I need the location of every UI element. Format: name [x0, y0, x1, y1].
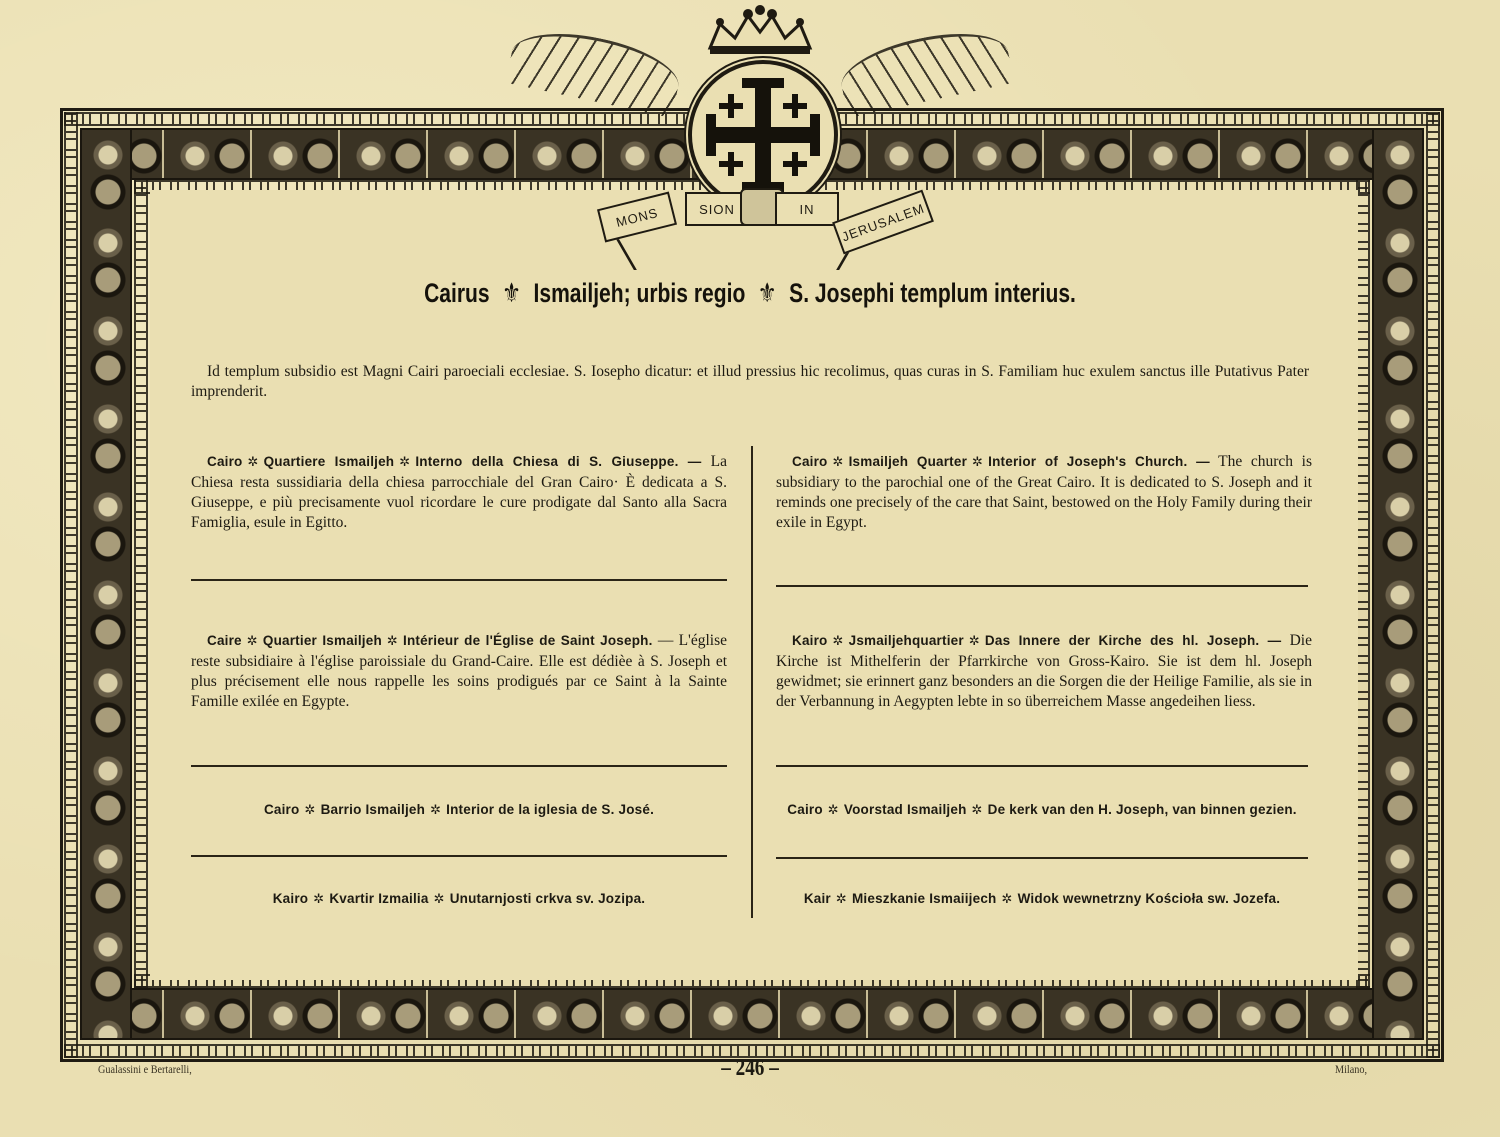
star-ornament-icon: ✲ — [248, 455, 259, 470]
vine-border-bottom — [80, 988, 1424, 1040]
caption-heading: Cairo✲Voorstad Ismailjeh✲De kerk van den… — [787, 802, 1296, 817]
caption-italian: Cairo✲Quartiere Ismailjeh✲Interno della … — [191, 452, 727, 533]
rule-line — [191, 855, 727, 857]
star-ornament-icon: ✲ — [247, 634, 258, 649]
rule-line — [191, 765, 727, 767]
star-ornament-icon: ✲ — [313, 892, 324, 907]
caption-heading: Kairo✲Kvartir Izmailia✲Unutarnjosti crkv… — [273, 891, 646, 906]
greek-key-border-right — [1426, 112, 1440, 1058]
column-divider — [751, 446, 753, 918]
inner-greek-key-right — [1356, 180, 1370, 988]
caption-spanish: Cairo✲Barrio Ismailjeh✲Interior de la ig… — [191, 800, 727, 821]
title-part: S. Josephi templum interius. — [789, 278, 1076, 308]
fleur-ornament-icon: ⚜ — [502, 278, 521, 309]
caption-dutch: Cairo✲Voorstad Ismailjeh✲De kerk van den… — [772, 800, 1312, 821]
star-ornament-icon: ✲ — [430, 803, 441, 818]
caption-polish: Kair✲Mieszkanie Ismaiijech✲Widok wewnetr… — [772, 889, 1312, 910]
rule-line — [776, 857, 1308, 859]
greek-key-border-left — [64, 112, 78, 1058]
caption-heading: Cairo✲Ismailjeh Quarter✲Interior of Jose… — [792, 454, 1210, 469]
caption-heading: Kairo✲Jsmailjehquartier✲Das Innere der K… — [792, 633, 1281, 648]
star-ornament-icon: ✲ — [972, 803, 983, 818]
rule-line — [776, 585, 1308, 587]
title-part: Ismailjeh; urbis regio — [534, 278, 746, 308]
palm-branch-left-icon — [505, 21, 684, 118]
page-number: – 246 – — [678, 1055, 822, 1082]
star-ornament-icon: ✲ — [833, 455, 844, 470]
vine-border-left — [80, 128, 132, 1040]
caption-german: Kairo✲Jsmailjehquartier✲Das Innere der K… — [776, 631, 1312, 712]
caption-heading: Cairo✲Quartiere Ismailjeh✲Interno della … — [207, 454, 701, 469]
title-part: Cairus — [424, 278, 490, 308]
inner-greek-key-left — [134, 180, 148, 988]
rule-line — [191, 579, 727, 581]
fleur-ornament-icon: ⚜ — [758, 278, 777, 309]
star-ornament-icon: ✲ — [387, 634, 398, 649]
vine-border-right — [1372, 128, 1424, 1040]
crown-icon — [700, 4, 820, 56]
latin-intro-paragraph: Id templum subsidio est Magni Cairi paro… — [191, 362, 1309, 402]
caption-heading: Cairo✲Barrio Ismailjeh✲Interior de la ig… — [264, 802, 654, 817]
star-ornament-icon: ✲ — [304, 803, 315, 818]
motto-ribbon: IN — [775, 192, 839, 226]
jerusalem-cross-icon — [692, 64, 834, 206]
emblem: MONS SION IN JERUSALEM — [510, 0, 1010, 280]
city-credit: Milano, — [1335, 1062, 1367, 1077]
caption-english: Cairo✲Ismailjeh Quarter✲Interior of Jose… — [776, 452, 1312, 533]
star-ornament-icon: ✲ — [833, 634, 844, 649]
page-title: Cairus⚜Ismailjeh; urbis regio⚜S. Josephi… — [282, 278, 1218, 309]
palm-branch-right-icon — [835, 21, 1014, 118]
rule-line — [776, 765, 1308, 767]
star-ornament-icon: ✲ — [969, 634, 980, 649]
star-ornament-icon: ✲ — [1002, 892, 1013, 907]
star-ornament-icon: ✲ — [434, 892, 445, 907]
star-ornament-icon: ✲ — [836, 892, 847, 907]
caption-french: Caire✲Quartier Ismailjeh✲Intérieur de l'… — [191, 631, 727, 712]
star-ornament-icon: ✲ — [972, 455, 983, 470]
star-ornament-icon: ✲ — [828, 803, 839, 818]
publisher-credit: Gualassini e Bertarelli, — [98, 1062, 192, 1077]
caption-heading: Kair✲Mieszkanie Ismaiijech✲Widok wewnetr… — [804, 891, 1280, 906]
caption-croatian: Kairo✲Kvartir Izmailia✲Unutarnjosti crkv… — [191, 889, 727, 910]
caption-heading: Caire✲Quartier Ismailjeh✲Intérieur de l'… — [207, 633, 653, 648]
star-ornament-icon: ✲ — [399, 455, 410, 470]
